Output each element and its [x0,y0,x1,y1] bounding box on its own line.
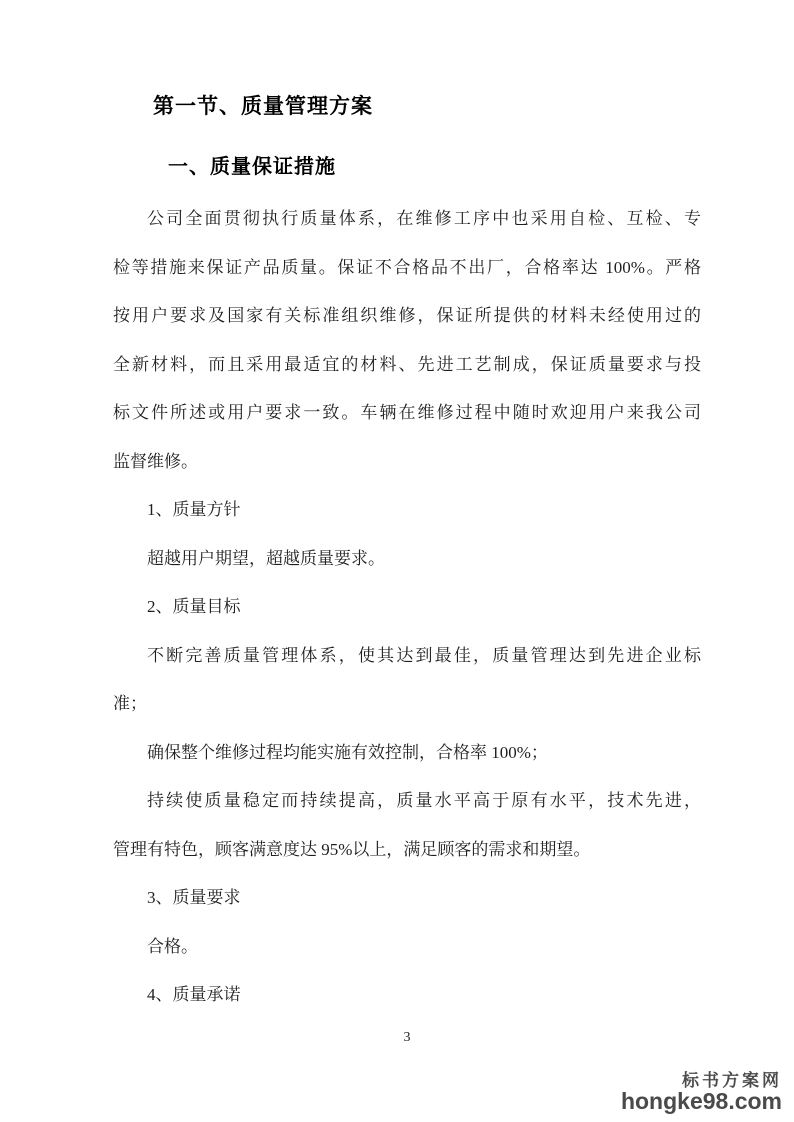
watermark-site-url: hongke98.com [621,1090,782,1113]
paragraph-line: 管理有特色，顾客满意度达 95%以上，满足顾客的需求和期望。 [113,826,701,875]
paragraph-line: 检等措施来保证产品质量。保证不合格品不出厂，合格率达 100%。严格 [113,244,701,293]
paragraph: 持续使质量稳定而持续提高，质量水平高于原有水平，技术先进，管理有特色，顾客满意度… [113,777,701,874]
watermark-site-name: 标书方案网 [621,1072,782,1089]
paragraph-line: 公司全面贯彻执行质量体系，在维修工序中也采用自检、互检、专 [113,195,701,244]
paragraph-line: 监督维修。 [113,438,701,487]
paragraph-line: 超越用户期望，超越质量要求。 [113,535,701,584]
paragraph: 2、质量目标 [113,583,701,632]
paragraph: 公司全面贯彻执行质量体系，在维修工序中也采用自检、互检、专检等措施来保证产品质量… [113,195,701,486]
paragraph: 确保整个维修过程均能实施有效控制，合格率 100%； [113,729,701,778]
section-heading: 第一节、质量管理方案 [153,95,701,118]
paragraph-line: 3、质量要求 [113,874,701,923]
paragraph-line: 合格。 [113,923,701,972]
paragraph-line: 4、质量承诺 [113,971,701,1020]
paragraph: 3、质量要求 [113,874,701,923]
document-page: 第一节、质量管理方案 一、质量保证措施 公司全面贯彻执行质量体系，在维修工序中也… [0,0,794,1122]
document-body: 公司全面贯彻执行质量体系，在维修工序中也采用自检、互检、专检等措施来保证产品质量… [113,195,701,1020]
paragraph: 1、质量方针 [113,486,701,535]
paragraph: 4、质量承诺 [113,971,701,1020]
paragraph-line: 全新材料，而且采用最适宜的材料、先进工艺制成，保证质量要求与投 [113,341,701,390]
paragraph-line: 持续使质量稳定而持续提高，质量水平高于原有水平，技术先进， [113,777,701,826]
page-number: 3 [113,1030,701,1046]
paragraph-line: 准； [113,680,701,729]
paragraph-line: 1、质量方针 [113,486,701,535]
document-content: 第一节、质量管理方案 一、质量保证措施 公司全面贯彻执行质量体系，在维修工序中也… [113,0,701,1020]
paragraph-line: 标文件所述或用户要求一致。车辆在维修过程中随时欢迎用户来我公司 [113,389,701,438]
paragraph-line: 确保整个维修过程均能实施有效控制，合格率 100%； [113,729,701,778]
paragraph-line: 按用户要求及国家有关标准组织维修，保证所提供的材料未经使用过的 [113,292,701,341]
paragraph: 合格。 [113,923,701,972]
paragraph-line: 2、质量目标 [113,583,701,632]
subsection-heading: 一、质量保证措施 [168,157,701,178]
paragraph-line: 不断完善质量管理体系，使其达到最佳，质量管理达到先进企业标 [113,632,701,681]
paragraph: 不断完善质量管理体系，使其达到最佳，质量管理达到先进企业标准； [113,632,701,729]
watermark: 标书方案网 hongke98.com [621,1072,782,1113]
paragraph: 超越用户期望，超越质量要求。 [113,535,701,584]
